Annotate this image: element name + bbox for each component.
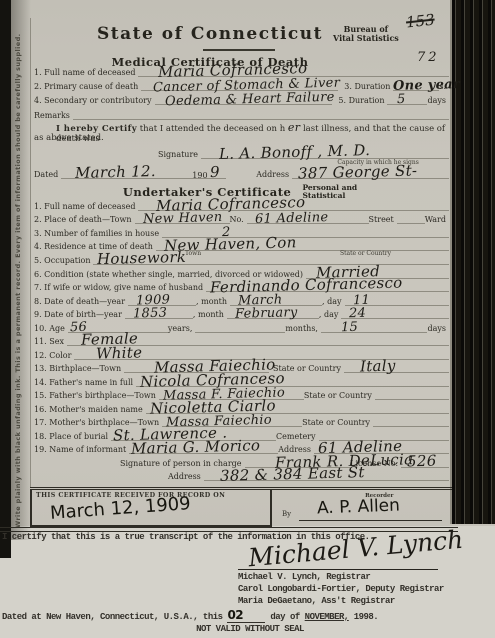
u-line-5: 5. Occupation Housework — [34, 254, 449, 265]
handwritten-duration: 5 — [397, 92, 406, 107]
field-label: No. — [230, 215, 247, 224]
form-left-rule — [30, 18, 31, 488]
by-label: By — [272, 490, 299, 527]
u-line-1: 1. Full name of deceased Maria Cofrances… — [34, 200, 449, 211]
hw-value: White — [96, 343, 143, 362]
signature-label: Signature — [158, 150, 201, 159]
recorder-section: Recorder A. P. Allen — [299, 490, 452, 527]
field-blank — [73, 109, 449, 120]
field-blank: 526 — [401, 457, 449, 468]
field-label: 19. Name of informant — [34, 445, 129, 454]
field-label: 10. Age — [34, 324, 68, 333]
margin-note: Write plainly with black unfading ink. T… — [14, 28, 27, 528]
field-label: 18. Place of burial — [34, 432, 111, 441]
field-label: 5. Occupation — [34, 256, 93, 265]
field-blank: 5 — [387, 94, 427, 105]
hw-value: 24 — [349, 306, 367, 321]
field-label: 11. Sex — [34, 337, 67, 346]
hw-value: 382 & 384 East St — [220, 463, 365, 485]
u-line-9: 9. Date of birth—year 1853 , month Febru… — [34, 308, 449, 319]
hw-value: Maria G. Morico — [131, 436, 261, 457]
field-label: days — [427, 324, 449, 333]
field-blank: 11 — [345, 295, 449, 306]
field-blank: 1909 — [128, 295, 196, 306]
death-certificate-scan: Write plainly with black unfading ink. T… — [0, 0, 495, 638]
field-blank: 387 George St- — [292, 168, 449, 179]
field-blank — [195, 322, 285, 333]
field-label: 5. Duration — [332, 96, 387, 105]
crossed-out-number: 153 — [405, 11, 435, 32]
dated-year: 1998. — [354, 612, 379, 622]
field-label: 3. Number of families in house — [34, 229, 162, 238]
field-label: 7. If wife or widow, give name of husban… — [34, 283, 206, 292]
recorder-underline — [299, 520, 442, 521]
field-blank: Oedema & Heart Failure — [155, 94, 333, 105]
field-label: 12. Color — [34, 351, 74, 360]
bureau-line2: Vital Statistics — [333, 34, 399, 43]
field-label: , day — [319, 310, 342, 319]
field-label: 2. Place of death—Town — [34, 215, 135, 224]
field-blank: 24 — [341, 308, 449, 319]
field-label: 9. Date of birth—year — [34, 310, 125, 319]
day-blank: 02 — [227, 608, 265, 623]
field-label: 13. Birthplace—Town — [34, 364, 124, 373]
field-label: 3. Duration — [338, 82, 393, 91]
license-number: 526 — [407, 452, 437, 471]
field-blank: Ferdinando Cofrancesco — [206, 281, 449, 292]
hw-value: 1853 — [133, 306, 168, 322]
field-label: Street — [369, 215, 397, 224]
field-label: , day — [322, 297, 345, 306]
bureau-label: Bureau of Vital Statistics — [333, 25, 399, 43]
record-box: THIS CERTIFICATE RECEIVED FOR RECORD ON … — [30, 487, 452, 527]
remarks-line: Remarks — [34, 109, 449, 120]
handwritten-date: March 12. — [75, 162, 156, 182]
field-label: years, — [168, 324, 196, 333]
hw-value: New Haven — [142, 210, 222, 227]
field-label: 2. Primary cause of death — [34, 82, 141, 91]
field-blank — [397, 213, 425, 224]
field-label: 1. Full name of deceased — [34, 68, 138, 77]
u-address2-line: Address 382 & 384 East St — [168, 470, 449, 481]
field-label: 8. Date of death—year — [34, 297, 128, 306]
field-blank: Housework — [93, 254, 449, 265]
handwritten-her: er — [288, 121, 300, 134]
address-label: Address — [168, 472, 204, 481]
field-blank: 382 & 384 East St — [204, 470, 449, 481]
hw-value: 61 Adeline — [255, 210, 329, 227]
field-blank: Italy — [344, 362, 449, 373]
field-label: 1. Full name of deceased — [34, 202, 138, 211]
field-suffix: days — [427, 96, 449, 105]
medical-line-1: 1. Full name of deceased Maria Cofrances… — [34, 66, 449, 77]
dated-label: Dated — [34, 170, 61, 179]
medical-line-2: 2. Primary cause of death Cancer of Stom… — [34, 80, 449, 91]
registrar-name: Michael V. Lynch, Registrar — [238, 572, 370, 582]
handwritten-day: 02 — [227, 608, 243, 622]
hw-value: February — [235, 305, 298, 322]
title-underline — [203, 49, 275, 51]
u-line-16: 16. Mother's maiden name Nicoletta Ciarl… — [34, 403, 449, 414]
field-blank: Nicola Cofranceso — [136, 376, 449, 387]
margin-note-text: Write plainly with black unfading ink. T… — [14, 28, 22, 528]
field-blank: Maria Cofrancesco — [138, 66, 449, 77]
seal-notice: NOT VALID WITHOUT SEAL — [120, 624, 380, 634]
field-label: 15. Father's birthplace—Town — [34, 391, 159, 400]
certify-line2: as above stated. — [34, 133, 104, 143]
hw-value: Italy — [360, 357, 396, 376]
field-blank: 1853 — [125, 308, 193, 319]
dated-month: NOVEMBER, — [305, 612, 349, 622]
handwritten-year: 9 — [210, 163, 220, 181]
dated-prefix: Dated at New Haven, Connecticut, U.S.A.,… — [2, 612, 223, 622]
field-blank: New Haven — [135, 213, 230, 224]
field-blank: L. A. Bonoff , M. D. Capacity in which h… — [201, 148, 449, 159]
medical-line-4: 4. Secondary or contributory Oedema & He… — [34, 94, 449, 105]
u-line-17: 17. Mother's birthplace—Town Massa Faiec… — [34, 416, 449, 427]
field-blank — [373, 416, 449, 427]
year-printed: 190 — [192, 171, 210, 180]
field-blank: February — [227, 308, 319, 319]
year-blank: 190 9 — [186, 168, 226, 179]
state-title: State of Connecticut — [60, 24, 360, 44]
transcript-dated-line: Dated at New Haven, Connecticut, U.S.A.,… — [2, 608, 378, 623]
field-label: Ward — [425, 215, 449, 224]
dated-line: Dated March 12. 190 9 Address 387 George… — [34, 168, 449, 179]
address-label: Address — [226, 170, 292, 179]
certify-paragraph: I hereby Certify that I attended the dec… — [56, 121, 449, 144]
statistical: Statistical — [302, 192, 357, 200]
field-blank: Maria Cofrancesco — [138, 200, 449, 211]
field-blank: One year — [393, 80, 439, 91]
field-label: Cemetery — [276, 432, 318, 441]
record-box-cell: THIS CERTIFICATE RECEIVED FOR RECORD ON … — [30, 490, 272, 527]
dated-mid: day of — [270, 612, 299, 622]
field-label: 14. Father's name in full — [34, 378, 136, 387]
asst-registrar-name: Maria DeGaetano, Ass't Registrar — [238, 596, 395, 606]
undertaker-title-right: Personal and Statistical — [302, 184, 357, 200]
handwritten-address: 387 George St- — [298, 161, 418, 182]
field-label: , month — [196, 297, 230, 306]
scan-left-edge — [0, 0, 11, 558]
field-label: State or Country — [302, 418, 373, 427]
recorder-signature: A. P. Allen — [317, 496, 401, 519]
u-line-8: 8. Date of death—year 1909 , month March… — [34, 295, 449, 306]
field-label: , month — [193, 310, 227, 319]
deputy-registrar-name: Carol Longobardi-Fortier, Deputy Registr… — [238, 584, 444, 594]
field-label: Remarks — [34, 111, 73, 120]
field-label: months, — [285, 324, 321, 333]
page-number: 72 — [417, 50, 440, 65]
field-blank: Nicoletta Ciarlo — [146, 403, 449, 414]
field-blank — [375, 389, 449, 400]
field-blank: March 12. — [61, 168, 186, 179]
field-label: 4. Secondary or contributory — [34, 96, 155, 105]
u-line-2: 2. Place of death—Town New Haven No. 61 … — [34, 213, 449, 224]
certify-text: that I attended the deceased on h — [140, 124, 285, 134]
physician-signature-line: Signature L. A. Bonoff , M. D. Capacity … — [158, 148, 449, 159]
field-label: State or Country — [304, 391, 375, 400]
signature-rule — [238, 569, 438, 570]
field-blank: 15 — [321, 322, 428, 333]
field-blank: Cancer of Stomach & Liver — [141, 80, 338, 91]
field-blank: March — [230, 295, 322, 306]
hw-value: 15 — [341, 320, 359, 335]
u-line-14: 14. Father's name in full Nicola Cofranc… — [34, 376, 449, 387]
field-blank: Maria G. Morico — [129, 443, 278, 454]
u-line-7: 7. If wife or widow, give name of husban… — [34, 281, 449, 292]
field-label: 16. Mother's maiden name — [34, 405, 146, 414]
field-blank: 61 Adeline — [247, 213, 369, 224]
hw-value: Housework — [97, 248, 187, 268]
